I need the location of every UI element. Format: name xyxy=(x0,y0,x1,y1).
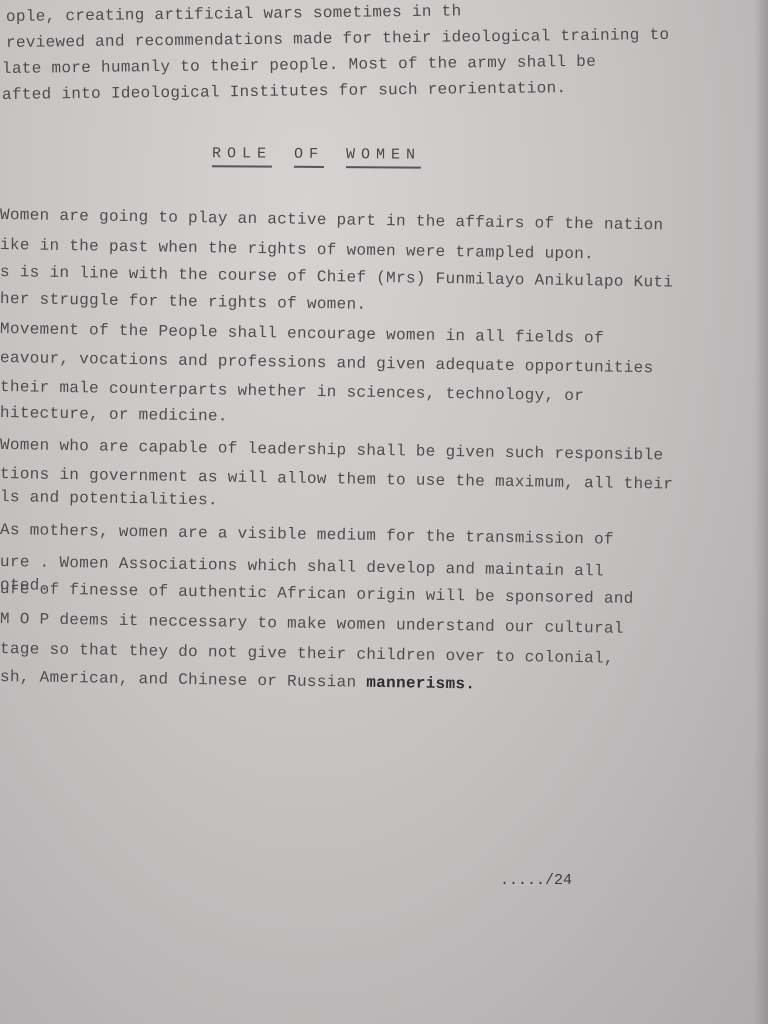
text-line: ls and potentialities. xyxy=(0,488,218,509)
heading-word: WOMEN xyxy=(346,146,421,169)
section-heading: ROLEOFWOMEN xyxy=(212,145,443,169)
text-line: Women who are capable of leadership shal… xyxy=(0,436,663,464)
text-line: tage so that they do not give their chil… xyxy=(0,640,614,668)
text-line: M O P deems it neccessary to make women … xyxy=(0,610,624,638)
text-line: Women are going to play an active part i… xyxy=(0,206,663,234)
text-line: ike in the past when the rights of women… xyxy=(0,236,594,263)
text-line: their male counterparts whether in scien… xyxy=(0,378,584,405)
text-line: ople, creating artificial wars sometimes… xyxy=(6,2,462,26)
text-line: late more humanly to their people. Most … xyxy=(2,53,596,78)
text-line: sh, American, and Chinese or Russian man… xyxy=(0,668,475,693)
text-line: ure of finesse of authentic African orig… xyxy=(0,580,634,608)
text-line: oted. xyxy=(0,576,50,595)
text-line: reviewed and recommendations made for th… xyxy=(6,26,670,52)
text-line: hitecture, or medicine. xyxy=(0,404,228,426)
text-line: Movement of the People shall encourage w… xyxy=(0,320,604,347)
heading-word: ROLE xyxy=(212,145,272,167)
text-line: her struggle for the rights of women. xyxy=(0,290,366,314)
heading-word: OF xyxy=(294,146,324,168)
text-line: s is in line with the course of Chief (M… xyxy=(0,263,673,292)
text-line: ure . Women Associations which shall dev… xyxy=(0,553,604,580)
document-page: ople, creating artificial wars sometimes… xyxy=(0,0,768,1024)
page-continuation-marker: ...../24 xyxy=(500,872,572,889)
text-line: eavour, vocations and professions and gi… xyxy=(0,349,654,377)
text-line: As mothers, women are a visible medium f… xyxy=(0,521,614,549)
text-line: afted into Ideological Institutes for su… xyxy=(2,79,567,104)
emphasized-word: mannerisms. xyxy=(366,674,475,694)
